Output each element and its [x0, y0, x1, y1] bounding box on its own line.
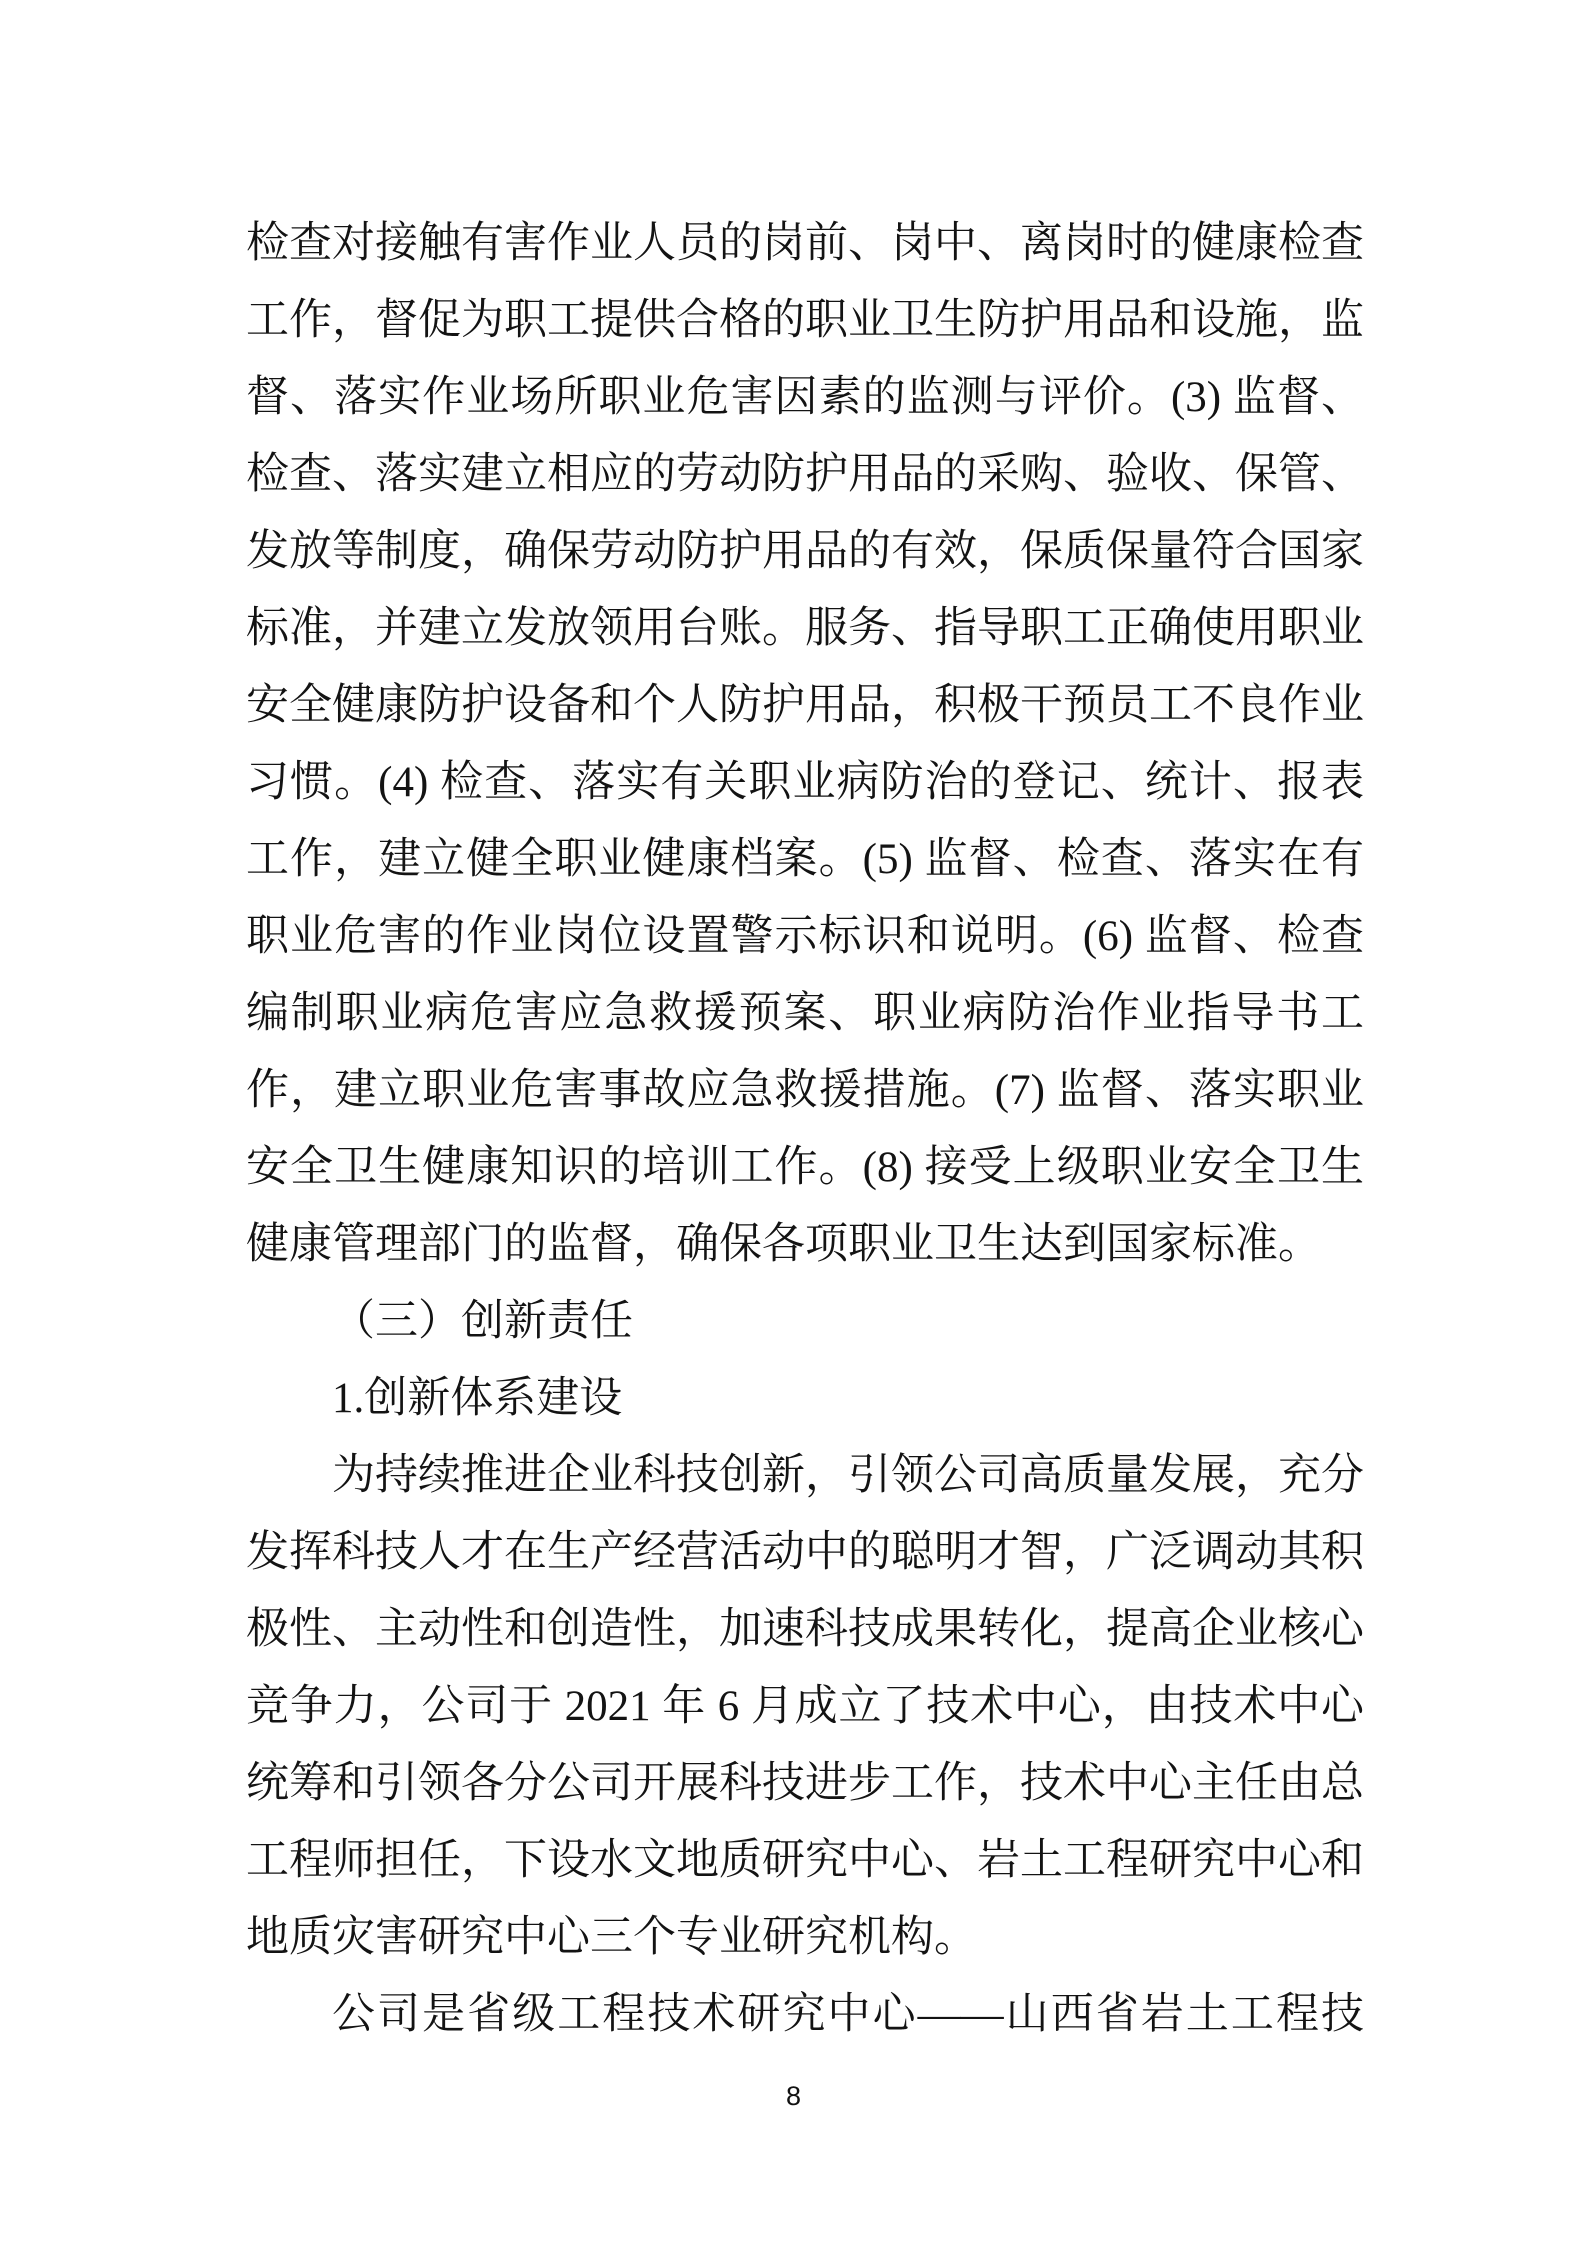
text-line: 安全卫生健康知识的培训工作。(8) 接受上级职业安全卫生 [246, 1129, 1364, 1206]
section-heading: （三）创新责任 [246, 1283, 1364, 1360]
body-text: 检查对接触有害作业人员的岗前、岗中、离岗时的健康检查 工作，督促为职工提供合格的… [246, 205, 1364, 2053]
text-line: 发放等制度，确保劳动防护用品的有效，保质保量符合国家 [246, 513, 1364, 590]
text-line: 发挥科技人才在生产经营活动中的聪明才智，广泛调动其积 [246, 1514, 1364, 1591]
text-line: 检查对接触有害作业人员的岗前、岗中、离岗时的健康检查 [246, 205, 1364, 282]
text-line: 统筹和引领各分公司开展科技进步工作，技术中心主任由总 [246, 1745, 1364, 1822]
text-line: 安全健康防护设备和个人防护用品，积极干预员工不良作业 [246, 667, 1364, 744]
text-line: 工作，督促为职工提供合格的职业卫生防护用品和设施，监 [246, 282, 1364, 359]
text-line: 督、落实作业场所职业危害因素的监测与评价。(3) 监督、 [246, 359, 1364, 436]
text-line: 标准，并建立发放领用台账。服务、指导职工正确使用职业 [246, 590, 1364, 667]
text-line: 公司是省级工程技术研究中心——山西省岩土工程技 [246, 1976, 1364, 2053]
text-line: 极性、主动性和创造性，加速科技成果转化，提高企业核心 [246, 1591, 1364, 1668]
text-line: 竞争力，公司于 2021 年 6 月成立了技术中心，由技术中心 [246, 1668, 1364, 1745]
text-line: 习惯。(4) 检查、落实有关职业病防治的登记、统计、报表 [246, 744, 1364, 821]
text-line: 编制职业病危害应急救援预案、职业病防治作业指导书工 [246, 975, 1364, 1052]
text-line: 工程师担任，下设水文地质研究中心、岩土工程研究中心和 [246, 1822, 1364, 1899]
text-line: 作，建立职业危害事故应急救援措施。(7) 监督、落实职业 [246, 1052, 1364, 1129]
text-line: 职业危害的作业岗位设置警示标识和说明。(6) 监督、检查 [246, 898, 1364, 975]
document-page: 检查对接触有害作业人员的岗前、岗中、离岗时的健康检查 工作，督促为职工提供合格的… [0, 0, 1587, 2245]
text-line: 健康管理部门的监督，确保各项职业卫生达到国家标准。 [246, 1206, 1364, 1283]
text-line: 地质灾害研究中心三个专业研究机构。 [246, 1899, 1364, 1976]
text-line: 为持续推进企业科技创新，引领公司高质量发展，充分 [246, 1437, 1364, 1514]
text-line: 工作，建立健全职业健康档案。(5) 监督、检查、落实在有 [246, 821, 1364, 898]
page-number: 8 [0, 2078, 1587, 2114]
sub-heading: 1.创新体系建设 [246, 1360, 1364, 1437]
text-line: 检查、落实建立相应的劳动防护用品的采购、验收、保管、 [246, 436, 1364, 513]
